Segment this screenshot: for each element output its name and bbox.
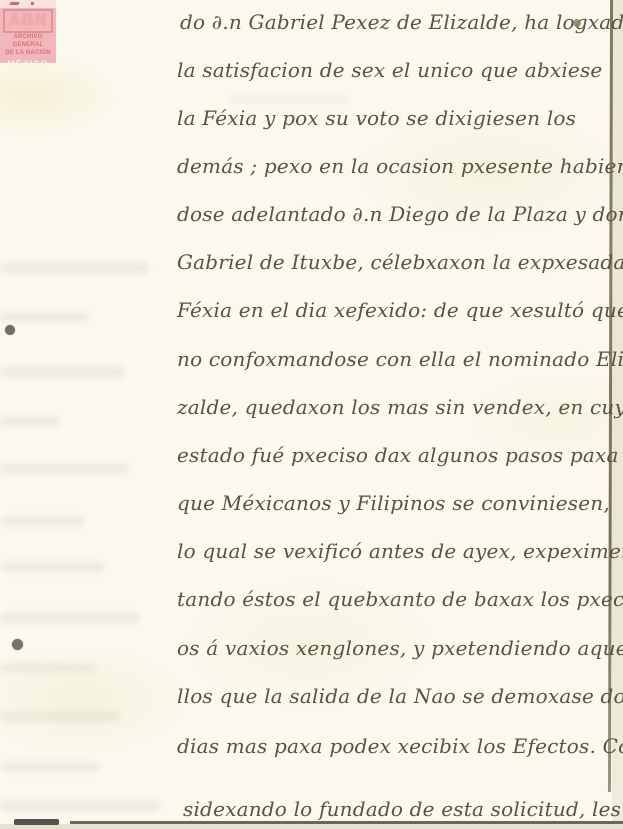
- manuscript-line: la satisfacion de sex el unico que abxie…: [177, 58, 602, 82]
- ink-spot: [573, 19, 581, 27]
- manuscript-line: Féxia en el dia xefexido: de que xesultó…: [177, 298, 623, 322]
- manuscript-page: AGN ARCHIVO GENERAL DE LA NACIÓN MÉXICO …: [0, 0, 623, 829]
- manuscript-line: estado fué pxeciso dax algunos pasos pax…: [177, 443, 619, 467]
- bleedthrough-smudge: [230, 95, 350, 104]
- manuscript-line: lo qual se vexificó antes de ayex, expex…: [177, 539, 623, 563]
- manuscript-line: zalde, quedaxon los mas sin vendex, en c…: [177, 395, 623, 419]
- bleedthrough-smudge: [0, 562, 105, 572]
- stamp-mark-icon: [9, 2, 19, 5]
- bleedthrough-smudge: [0, 516, 85, 526]
- stamp-acronym: AGN: [3, 9, 53, 33]
- manuscript-line: Gabriel de Ituxbe, célebxaxon la expxesa…: [177, 250, 623, 274]
- stamp-name-line2: DE LA NACIÓN: [0, 49, 56, 57]
- manuscript-line: os á vaxios xenglones, y pxetendiendo aq…: [177, 636, 623, 660]
- bleedthrough-smudge: [0, 416, 60, 426]
- bleedthrough-smudge: [0, 463, 130, 474]
- stamp-country: MÉXICO: [0, 59, 56, 63]
- bleedthrough-smudge: [0, 312, 90, 322]
- stamp-top-band: [0, 0, 56, 8]
- bleedthrough-smudge: [0, 800, 160, 812]
- manuscript-line: que Méxicanos y Filipinos se conviniesen…: [177, 491, 610, 515]
- stamp-mark-icon: [31, 2, 34, 5]
- manuscript-line: sidexando lo fundado de esta solicitud, …: [183, 797, 623, 821]
- manuscript-line: do ∂.n Gabriel Pexez de Elizalde, ha log…: [180, 10, 623, 34]
- manuscript-line: dias mas paxa podex xecibix los Efectos.…: [177, 734, 623, 758]
- bleedthrough-smudge: [0, 262, 150, 274]
- manuscript-line: llos que la salida de la Nao se demoxase…: [177, 684, 623, 708]
- manuscript-line: dose adelantado ∂.n Diego de la Plaza y …: [177, 202, 623, 226]
- manuscript-line: tando éstos el quebxanto de baxax los px…: [177, 587, 623, 611]
- agn-archive-stamp: AGN ARCHIVO GENERAL DE LA NACIÓN MÉXICO: [0, 0, 56, 63]
- manuscript-line: la Féxia y pox su voto se dixigiesen los: [177, 106, 576, 130]
- bleedthrough-smudge: [0, 762, 100, 772]
- ink-spot: [5, 325, 15, 335]
- stamp-name-line1: ARCHIVO GENERAL: [0, 33, 56, 50]
- page-edge-bottom-mark: [14, 819, 59, 825]
- ink-spot: [12, 639, 23, 650]
- manuscript-line: demás ; pexo en la ocasion pxesente habi…: [177, 154, 623, 178]
- bleedthrough-smudge: [0, 366, 125, 378]
- page-edge-bottom-margin: [0, 824, 623, 829]
- bleedthrough-smudge: [0, 712, 120, 722]
- page-edge-bottom: [70, 821, 623, 824]
- bleedthrough-smudge: [0, 612, 140, 624]
- manuscript-line: no confoxmandose con ella el nominado El…: [177, 347, 623, 371]
- bleedthrough-smudge: [0, 663, 95, 673]
